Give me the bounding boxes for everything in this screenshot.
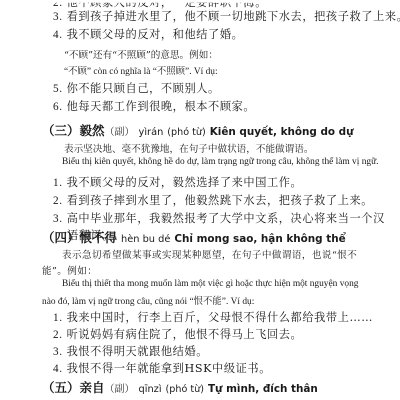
example-text: 你不能只顾自己，不顾别人。	[67, 82, 220, 95]
example-text: 我来中国时，行李上百斤，父母恨不得什么都给我带上……	[67, 311, 373, 324]
example-3: 3.我恨不得明天就跟他结婚。	[53, 343, 208, 359]
part-of-speech-vi: (phó từ)	[166, 384, 204, 395]
example-3: 3.看到孩子掉进水里了，他不顾一切地跳下水去，把孩子救了上来。	[53, 8, 400, 24]
example-text: 听说妈妈有病住院了，他恨不得马上飞回去。	[67, 328, 303, 341]
example-number: 3.	[53, 11, 63, 23]
example-4: 4.我恨不得一年就能拿到HSK中级证书。	[53, 360, 271, 376]
example-text: 他每天都工作到很晚，根本不顾家。	[67, 100, 256, 113]
example-text: 我恨不得明天就跟他结婚。	[67, 345, 208, 358]
example-text: 我恨不得一年就能拿到HSK中级证书。	[67, 362, 271, 375]
example-4: 4.我不顾父母的反对，和他结了婚。	[53, 26, 243, 42]
example-1: 1.我不顾父母的反对，毅然选择了来中国工作。	[53, 174, 302, 190]
example-5: 5.你不能只顾自己，不顾别人。	[53, 80, 220, 96]
example-number: 3.	[53, 213, 63, 225]
example-number: 1.	[53, 312, 63, 324]
textbook-page: 2.他不顾家人的反对，一定要辞职下海。 3.看到孩子掉进水里了，他不顾一切地跳下…	[0, 0, 400, 400]
example-6: 6.他每天都工作到很晚，根本不顾家。	[53, 98, 255, 114]
part-of-speech-vi: (phó từ)	[167, 127, 205, 138]
pinyin: qīnzì	[139, 384, 162, 395]
example-text: 看到孩子摔到水里了，他毅然跳下水去，把孩子救了上来。	[67, 194, 373, 207]
pinyin: hèn bu dé	[121, 234, 170, 245]
part-of-speech-zh: （副）	[105, 384, 135, 395]
example-text: 看到孩子掉进水里了，他不顾一切地跳下水去，把孩子救了上来。	[67, 10, 400, 23]
meaning-vi: Chỉ mong sao, hận không thể	[174, 233, 345, 245]
example-number: 4.	[53, 363, 63, 375]
explain-chinese-line1: 表示急切希望做某事或实现某种愿望，在句子中做谓语，也说“恨不	[62, 247, 357, 261]
section-heading-yiran: （三）毅然（副）yìrán(phó từ)Kiên quyết, không d…	[42, 121, 354, 139]
explain-vietnamese: Biểu thị kiên quyết, không hề do dự, làm…	[62, 157, 379, 167]
explain-chinese: 表示坚决地、毫不犹豫地，在句子中做状语，不能做谓语。	[64, 141, 313, 155]
explain-vietnamese-line2: nào đó, làm vị ngữ trong câu, cũng nói “…	[42, 293, 254, 307]
section-index: （四）	[42, 230, 80, 245]
example-number: 2.	[53, 195, 63, 207]
section-index: （三）	[42, 123, 80, 138]
example-3: 3.高中毕业那年，我毅然报考了大学中文系，决心将来当一个汉	[53, 210, 385, 226]
pinyin: yìrán	[139, 127, 164, 138]
meaning-vi: Tự mình, đích thân	[208, 383, 318, 395]
example-text: 我不顾父母的反对，和他结了婚。	[67, 28, 244, 41]
example-2: 2.听说妈妈有病住院了，他恨不得马上飞回去。	[53, 326, 302, 342]
example-number: 1.	[53, 177, 63, 189]
example-number: 3.	[53, 346, 63, 358]
example-number: 4.	[53, 29, 63, 41]
example-2: 2.看到孩子摔到水里了，他毅然跳下水去，把孩子救了上来。	[53, 192, 373, 208]
section-word: 亲自	[80, 380, 105, 395]
example-number: 2.	[53, 329, 63, 341]
explain-vietnamese-line1: Biểu thị thiết tha mong muốn làm một việ…	[62, 279, 358, 289]
meaning-vi: Kiên quyết, không do dự	[210, 126, 354, 138]
section-word: 毅然	[80, 123, 105, 138]
example-text: 高中毕业那年，我毅然报考了大学中文系，决心将来当一个汉	[67, 212, 385, 225]
example-number: 6.	[53, 101, 63, 113]
section-heading-henbude: （四）恨不得hèn bu déChỉ mong sao, hận không t…	[42, 228, 346, 246]
note-vietnamese: “不顾” còn có nghĩa là “不照顾”. Ví dụ:	[64, 63, 218, 77]
section-index: （五）	[42, 380, 80, 395]
section-heading-qinzi: （五）亲自（副）qīnzì(phó từ)Tự mình, đích thân	[42, 378, 318, 396]
example-text: 我不顾父母的反对，毅然选择了来中国工作。	[67, 176, 303, 189]
explain-chinese-line2: 能”。例如：	[42, 263, 97, 277]
example-number: 5.	[53, 83, 63, 95]
note-chinese: “不顾”还有“不照顾”的意思。例如：	[64, 47, 218, 61]
section-word: 恨不得	[80, 230, 118, 245]
example-1: 1.我来中国时，行李上百斤，父母恨不得什么都给我带上……	[53, 309, 373, 325]
part-of-speech-zh: （副）	[105, 127, 135, 138]
